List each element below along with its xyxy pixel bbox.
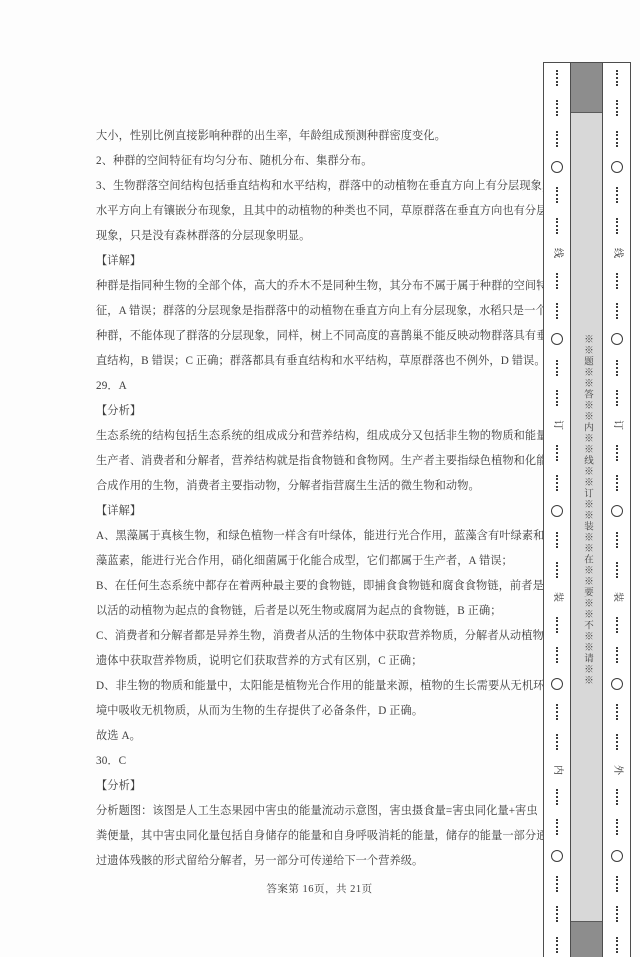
dashed-line-mark <box>556 937 558 953</box>
seal-char: 装 <box>552 592 562 602</box>
dashed-line-mark <box>616 475 618 491</box>
dashed-line-mark <box>616 360 618 376</box>
dashed-line-mark <box>616 303 618 319</box>
text-line: 【详解】 <box>96 499 543 524</box>
dashed-line-mark <box>616 273 618 289</box>
dashed-line-mark <box>616 789 618 805</box>
scanned-answer-page: 大小，性别比例直接影响种群的出生率，年龄组成预测种群密度变化。2、种群的空间特征… <box>0 0 640 957</box>
text-line: 种群，不能体现了群落的分层现象，同样，树上不同高度的喜鹊巢不能反映动物群落具有垂 <box>96 324 543 349</box>
text-line: 2、种群的空间特征有均匀分布、随机分布、集群分布。 <box>96 149 543 174</box>
dashed-line-mark <box>616 187 618 203</box>
text-line: 种群是指同种生物的全部个体，高大的乔木不是同种生物，其分布不属于属于种群的空间特 <box>96 274 543 299</box>
seal-strip-outer: 线订装外 <box>602 62 631 957</box>
dashed-line-mark <box>616 218 618 234</box>
seal-strip-bottom-cap <box>571 921 602 957</box>
text-line: 现象，只是没有森林群落的分层现象明显。 <box>96 224 543 249</box>
text-line: 【分析】 <box>96 774 543 799</box>
text-line: 粪便量，其中害虫同化量包括自身储存的能量和自身呼吸消耗的能量，储存的能量一部分通 <box>96 824 543 849</box>
seal-circle-mark <box>551 850 563 862</box>
text-line: 29．A <box>96 374 543 399</box>
text-line: 征，A 错误；群落的分层现象是指群落中的动植物在垂直方向上有分层现象，水稻只是一… <box>96 299 543 324</box>
dashed-line-mark <box>556 906 558 922</box>
text-line: 故选 A。 <box>96 724 543 749</box>
seal-char: 外 <box>612 765 622 775</box>
dashed-line-mark <box>556 445 558 461</box>
text-line: 生产者、消费者和分解者，营养结构就是指食物链和食物网。生产者主要指绿色植物和化能 <box>96 449 543 474</box>
text-line: A、黑藻属于真核生物，和绿色植物一样含有叶绿体，能进行光合作用，蓝藻含有叶绿素和 <box>96 524 543 549</box>
text-line: 境中吸收无机物质，从而为生物的生存提供了必备条件，D 正确。 <box>96 699 543 724</box>
page-footer: 答案第 16页，共 21页 <box>96 881 543 896</box>
seal-circle-mark <box>551 505 563 517</box>
dashed-line-mark <box>556 734 558 750</box>
binding-seal-panel: 线订装内 ※※题※※答※※内※※线※※订※※装※※在※※要※※不※※请※※ 线订… <box>543 62 631 957</box>
text-line: 水平方向上有镶嵌分布现象，且其中的动植物的种类也不同，草原群落在垂直方向也有分层 <box>96 199 543 224</box>
dashed-line-mark <box>616 562 618 578</box>
dashed-line-mark <box>616 131 618 147</box>
dashed-line-mark <box>616 704 618 720</box>
dashed-line-mark <box>556 70 558 86</box>
seal-strip-top-cap <box>571 63 602 113</box>
seal-circle-mark <box>551 161 563 173</box>
dashed-line-mark <box>616 819 618 835</box>
text-line: D、非生物的物质和能量中，太阳能是植物光合作用的能量来源，植物的生长需要从无机环 <box>96 674 543 699</box>
text-line: 合成作用的生物，消费者主要指动物，分解者指营腐生生活的微生物和动物。 <box>96 474 543 499</box>
seal-circle-mark <box>611 850 623 862</box>
dashed-line-mark <box>556 819 558 835</box>
text-line: 大小，性别比例直接影响种群的出生率，年龄组成预测种群密度变化。 <box>96 124 543 149</box>
seal-circle-mark <box>611 505 623 517</box>
dashed-line-mark <box>616 445 618 461</box>
text-line: 遗体中获取营养物质，说明它们获取营养的方式有区别，C 正确； <box>96 649 543 674</box>
text-line: B、在任何生态系统中都存在着两种最主要的食物链，即捕食食物链和腐食食物链，前者是 <box>96 574 543 599</box>
text-line: 生态系统的结构包括生态系统的组成成分和营养结构，组成成分又包括非生物的物质和能量… <box>96 424 543 449</box>
text-line: 【分析】 <box>96 399 543 424</box>
dashed-line-mark <box>616 390 618 406</box>
text-line: 以活的动植物为起点的食物链，后者是以死生物或腐屑为起点的食物链，B 正确； <box>96 599 543 624</box>
dashed-line-mark <box>616 876 618 892</box>
answer-text-block: 大小，性别比例直接影响种群的出生率，年龄组成预测种群密度变化。2、种群的空间特征… <box>96 124 543 876</box>
text-line: 过遗体残骸的形式留给分解者，另一部分可传递给下一个营养级。 <box>96 849 543 874</box>
text-line: 分析题图：该图是人工生态果园中害虫的能量流动示意图，害虫摄食量=害虫同化量+害虫 <box>96 799 543 824</box>
seal-strip-center: ※※题※※答※※内※※线※※订※※装※※在※※要※※不※※请※※ <box>571 62 602 957</box>
seal-circle-mark <box>551 678 563 690</box>
dashed-line-mark <box>556 475 558 491</box>
dashed-line-mark <box>616 647 618 663</box>
dashed-line-mark <box>616 532 618 548</box>
dashed-line-mark <box>556 218 558 234</box>
seal-circle-mark <box>611 161 623 173</box>
seal-char: 装 <box>612 592 622 602</box>
seal-char: 线 <box>552 248 562 258</box>
dashed-line-mark <box>556 273 558 289</box>
text-line: 【详解】 <box>96 249 543 274</box>
dashed-line-mark <box>556 390 558 406</box>
seal-warning-text: ※※题※※答※※内※※线※※订※※装※※在※※要※※不※※请※※ <box>571 334 602 686</box>
dashed-line-mark <box>556 789 558 805</box>
dashed-line-mark <box>616 906 618 922</box>
dashed-line-mark <box>556 532 558 548</box>
seal-circle-mark <box>551 333 563 345</box>
dashed-line-mark <box>556 131 558 147</box>
text-line: 30．C <box>96 749 543 774</box>
dashed-line-mark <box>616 70 618 86</box>
dashed-line-mark <box>616 100 618 116</box>
dashed-line-mark <box>616 937 618 953</box>
seal-circle-mark <box>611 678 623 690</box>
dashed-line-mark <box>556 647 558 663</box>
dashed-line-mark <box>556 562 558 578</box>
text-line: 3、生物群落空间结构包括垂直结构和水平结构，群落中的动植物在垂直方向上有分层现象… <box>96 174 543 199</box>
seal-char: 订 <box>552 420 562 430</box>
dashed-line-mark <box>616 734 618 750</box>
text-line: C、消费者和分解者都是异养生物，消费者从活的生物体中获取营养物质，分解者从动植物 <box>96 624 543 649</box>
dashed-line-mark <box>556 704 558 720</box>
text-line: 藻蓝素，能进行光合作用，硝化细菌属于化能合成型，它们都属于生产者，A 错误； <box>96 549 543 574</box>
seal-char: 订 <box>612 420 622 430</box>
dashed-line-mark <box>556 100 558 116</box>
dashed-line-mark <box>556 303 558 319</box>
seal-strip-inner: 线订装内 <box>543 62 571 957</box>
seal-char: 线 <box>612 248 622 258</box>
dashed-line-mark <box>556 617 558 633</box>
text-line: 直结构，B 错误；C 正确；群落都具有垂直结构和水平结构，草原群落也不例外，D … <box>96 349 543 374</box>
seal-circle-mark <box>611 333 623 345</box>
dashed-line-mark <box>616 617 618 633</box>
dashed-line-mark <box>556 187 558 203</box>
dashed-line-mark <box>556 876 558 892</box>
seal-char: 内 <box>552 765 562 775</box>
dashed-line-mark <box>556 360 558 376</box>
